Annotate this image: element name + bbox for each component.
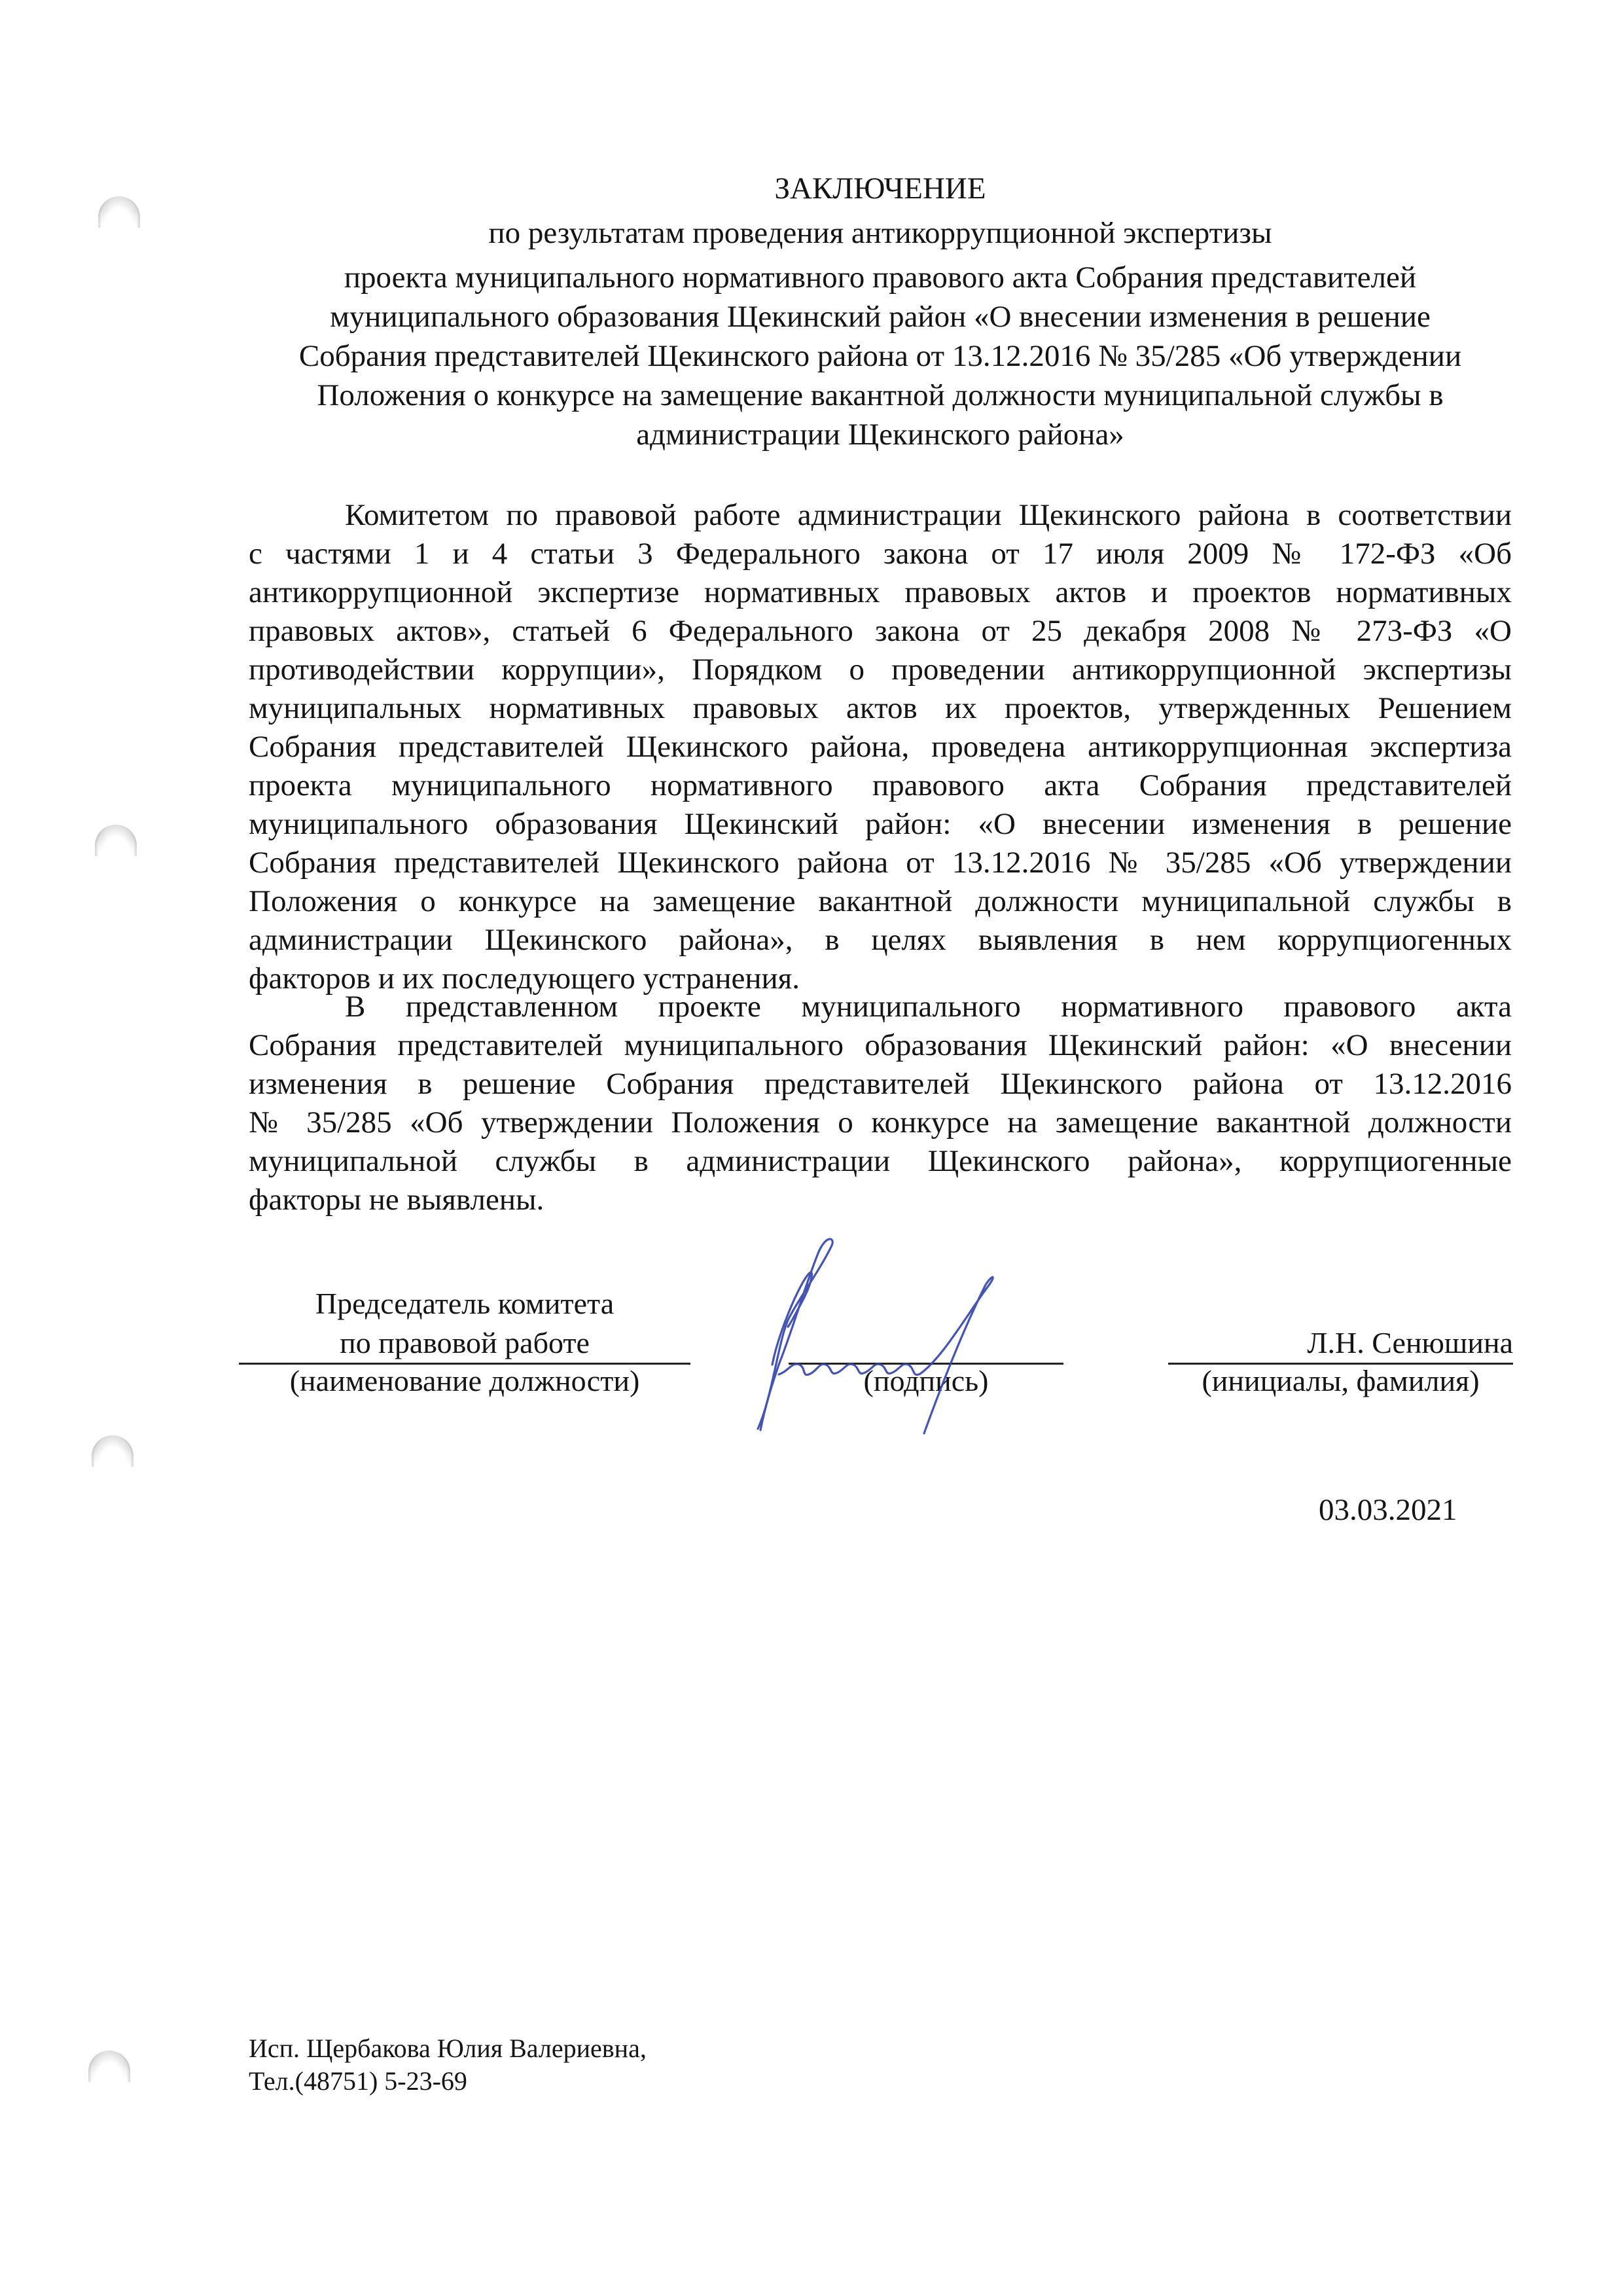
punch-hole-mark: [98, 196, 140, 228]
handwritten-signature: [753, 1234, 1093, 1443]
paragraph-line: антикоррупционной экспертизе нормативных…: [249, 573, 1512, 612]
paragraph-line: муниципальной службы в администрации Щек…: [249, 1142, 1512, 1181]
executor-name: Исп. Щербакова Юлия Валериевна,: [249, 2032, 647, 2065]
executor-phone: Тел.(48751) 5-23-69: [249, 2065, 647, 2098]
paragraph-line: В представленном проекте муниципального …: [249, 988, 1512, 1026]
document-subtitle: администрации Щекинского района»: [249, 415, 1512, 454]
paragraph-line: Собрания представителей Щекинского район…: [249, 728, 1512, 766]
position-caption: (наименование должности): [239, 1361, 690, 1400]
name-caption: (инициалы, фамилия): [1168, 1361, 1513, 1400]
document-subtitle: по результатам проведения антикоррупцион…: [249, 213, 1512, 253]
paragraph-line: Положения о конкурсе на замещение вакант…: [249, 882, 1512, 921]
paragraph-line: муниципальных нормативных правовых актов…: [249, 689, 1512, 728]
document-subtitle: Собрания представителей Щекинского район…: [249, 336, 1512, 376]
punch-hole-mark: [88, 2051, 130, 2082]
paragraph-line: проекта муниципального нормативного прав…: [249, 766, 1512, 805]
paragraph-line: муниципального образования Щекинский рай…: [249, 805, 1512, 844]
punch-hole-mark: [95, 825, 137, 856]
position-title: Председатель комитета: [239, 1284, 690, 1323]
paragraph-1: Комитетом по правовой работе администрац…: [249, 496, 1512, 998]
document-date: 03.03.2021: [1319, 1492, 1457, 1528]
paragraph-line: № 35/285 «Об утверждении Положения о кон…: [249, 1103, 1512, 1142]
document-header: ЗАКЛЮЧЕНИЕ по результатам проведения ант…: [249, 169, 1512, 454]
document-title: ЗАКЛЮЧЕНИЕ: [249, 169, 1512, 208]
paragraph-2: В представленном проекте муниципального …: [249, 988, 1512, 1219]
paragraph-line: противодействии коррупции», Порядком о п…: [249, 651, 1512, 689]
paragraph-line: изменения в решение Собрания представите…: [249, 1065, 1512, 1103]
paragraph-line: Собрания представителей Щекинского район…: [249, 844, 1512, 882]
signer-name: Л.Н. Сенюшина: [1168, 1323, 1513, 1362]
paragraph-line: правовых актов», статьей 6 Федерального …: [249, 612, 1512, 651]
executor-info: Исп. Щербакова Юлия Валериевна, Тел.(487…: [249, 2032, 647, 2098]
paragraph-line: Комитетом по правовой работе администрац…: [249, 496, 1512, 535]
document-subtitle: Положения о конкурсе на замещение вакант…: [249, 376, 1512, 415]
paragraph-line: факторы не выявлены.: [249, 1181, 1512, 1219]
paragraph-line: с частями 1 и 4 статьи 3 Федерального за…: [249, 535, 1512, 573]
paragraph-line: Собрания представителей муниципального о…: [249, 1026, 1512, 1065]
document-subtitle: проекта муниципального нормативного прав…: [249, 258, 1512, 297]
paragraph-line: администрации Щекинского района», в целя…: [249, 921, 1512, 960]
position-title-line-2: по правовой работе: [239, 1323, 690, 1362]
punch-hole-mark: [92, 1435, 134, 1467]
document-subtitle: муниципального образования Щекинский рай…: [249, 297, 1512, 336]
